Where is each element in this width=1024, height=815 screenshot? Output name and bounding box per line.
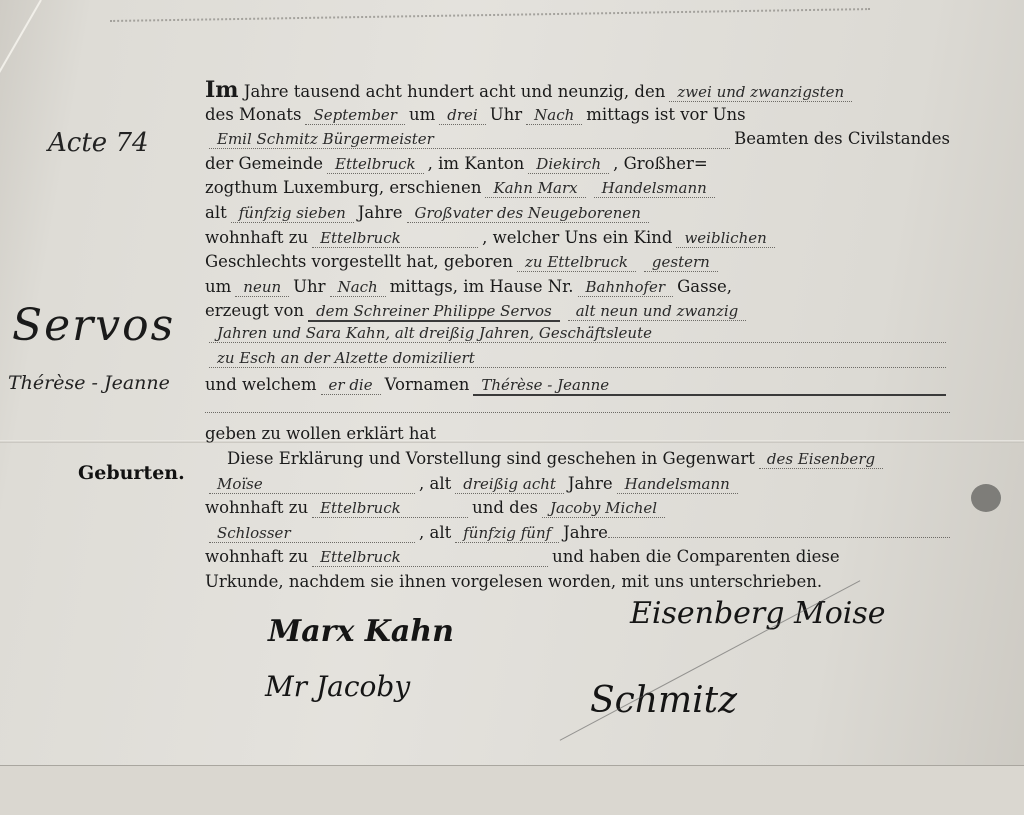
printed-text: Jahre	[568, 472, 613, 497]
section-label: Geburten.	[78, 462, 185, 484]
printed-text: Uhr	[490, 103, 522, 128]
printed-text: Jahre tausend acht hundert acht und neun…	[244, 80, 666, 105]
printed-text: mittags, im Hause Nr.	[390, 275, 574, 300]
handwritten-declarant: Kahn Marx	[485, 179, 585, 198]
handwritten-hour: drei	[439, 106, 485, 125]
document-page: Acte 74 Servos Thérèse - Jeanne Geburten…	[0, 0, 1024, 815]
handwritten-mother: Jahren und Sara Kahn, alt dreißig Jahren…	[209, 324, 946, 343]
handwritten-pronoun: er die	[321, 376, 381, 395]
handwritten-canton: Diekirch	[528, 155, 609, 174]
printed-text: und haben die Comparenten diese	[552, 545, 840, 570]
printed-text: Im	[205, 78, 239, 103]
punch-hole	[971, 484, 1001, 512]
record-line: Emil Schmitz Bürgermeister Beamten des C…	[205, 127, 950, 152]
printed-text: erzeugt von	[205, 299, 304, 324]
printed-text: und welchem	[205, 373, 317, 398]
printed-text: Jahre	[563, 521, 608, 546]
handwritten-witness-2-age: fünfzig fünf	[455, 524, 559, 543]
printed-text: wohnhaft zu	[205, 496, 308, 521]
signature-declarant: Marx Kahn	[268, 614, 454, 649]
record-line: Geschlechts vorgestellt hat, geboren zu …	[205, 250, 950, 275]
handwritten-father: dem Schreiner Philippe Servos	[308, 302, 560, 322]
handwritten-witness-1-occupation: Handelsmann	[617, 475, 738, 494]
record-body: Im Jahre tausend acht hundert acht und n…	[205, 78, 950, 594]
record-line: Im Jahre tausend acht hundert acht und n…	[205, 78, 950, 103]
printed-text: , Großher=	[613, 152, 708, 177]
printed-text: Vornamen	[385, 373, 470, 398]
handwritten-given-names: Thérèse - Jeanne	[473, 376, 946, 396]
record-line: wohnhaft zu Ettelbruck und haben die Com…	[205, 545, 950, 570]
record-line: alt fünfzig sieben Jahre Großvater des N…	[205, 201, 950, 226]
printed-text: Diese Erklärung und Vorstellung sind ges…	[227, 447, 755, 472]
record-line: um neun Uhr Nach mittags, im Hause Nr. B…	[205, 275, 950, 300]
blank-fill-line	[608, 523, 950, 538]
handwritten-sex: weiblichen	[676, 229, 774, 248]
printed-text: Beamten des Civilstandes	[734, 127, 950, 152]
record-line: und welchem er die Vornamen Thérèse - Je…	[205, 373, 950, 398]
printed-text: und des	[472, 496, 538, 521]
handwritten-witness-2-occupation: Schlosser	[209, 524, 415, 543]
top-page-edge	[110, 0, 870, 22]
handwritten-witness-1-residence: Ettelbruck	[312, 499, 468, 518]
record-line: Schlosser , alt fünfzig fünf Jahre	[205, 521, 950, 546]
handwritten-witness-1-name: Moïse	[209, 475, 415, 494]
handwritten-witness-1: des Eisenberg	[759, 450, 883, 469]
printed-text: alt	[205, 201, 227, 226]
left-paper-edge	[0, 0, 42, 104]
signature-witness-2: Mr Jacoby	[265, 670, 410, 703]
blank-fill-line	[205, 398, 950, 413]
handwritten-father-age: alt neun und zwanzig	[568, 302, 747, 321]
printed-text: Jahre	[358, 201, 403, 226]
printed-text: Gasse,	[677, 275, 732, 300]
printed-text: , im Kanton	[428, 152, 525, 177]
margin-surname: Servos	[12, 300, 175, 351]
printed-text: Geschlechts vorgestellt hat, geboren	[205, 250, 513, 275]
handwritten-street: Bahnhofer	[578, 278, 674, 297]
printed-text: zogthum Luxemburg, erschienen	[205, 176, 481, 201]
record-line-blank	[205, 398, 950, 423]
signature-witness-1: Eisenberg Moise	[630, 596, 886, 631]
handwritten-residence: Ettelbruck	[312, 229, 478, 248]
record-line: wohnhaft zu Ettelbruck und des Jacoby Mi…	[205, 496, 950, 521]
handwritten-birth-hour: neun	[235, 278, 289, 297]
handwritten-time-of-day: Nach	[526, 106, 582, 125]
printed-text: mittags ist vor Uns	[586, 103, 745, 128]
record-line: Diese Erklärung und Vorstellung sind ges…	[205, 447, 950, 472]
margin-act-number: Acte 74	[48, 128, 149, 158]
printed-text: um	[205, 275, 231, 300]
record-line: des Monats September um drei Uhr Nach mi…	[205, 103, 950, 128]
handwritten-age: fünfzig sieben	[231, 204, 354, 223]
record-line: zu Esch an der Alzette domiziliert	[205, 349, 950, 374]
printed-text: des Monats	[205, 103, 301, 128]
handwritten-witness-2: Jacoby Michel	[542, 499, 665, 518]
record-line: Jahren und Sara Kahn, alt dreißig Jahren…	[205, 324, 950, 349]
printed-text: wohnhaft zu	[205, 545, 308, 570]
handwritten-occupation: Handelsmann	[594, 179, 715, 198]
record-line: Moïse , alt dreißig acht Jahre Handelsma…	[205, 472, 950, 497]
handwritten-domicile: zu Esch an der Alzette domiziliert	[209, 349, 946, 368]
handwritten-day: zwei und zwanzigsten	[669, 83, 852, 102]
handwritten-official: Emil Schmitz Bürgermeister	[209, 130, 730, 149]
record-line: der Gemeinde Ettelbruck , im Kanton Diek…	[205, 152, 950, 177]
printed-text: Uhr	[293, 275, 325, 300]
printed-text: , alt	[419, 521, 451, 546]
handwritten-birthplace: zu Ettelbruck	[517, 253, 636, 272]
handwritten-birthday: gestern	[644, 253, 718, 272]
record-line: erzeugt von dem Schreiner Philippe Servo…	[205, 299, 950, 324]
handwritten-time-of-day: Nach	[330, 278, 386, 297]
handwritten-witness-1-age: dreißig acht	[455, 475, 564, 494]
printed-text: um	[409, 103, 435, 128]
handwritten-commune: Ettelbruck	[327, 155, 424, 174]
record-line: zogthum Luxemburg, erschienen Kahn Marx …	[205, 176, 950, 201]
printed-text: wohnhaft zu	[205, 226, 308, 251]
printed-text: geben zu wollen erklärt hat	[205, 422, 436, 447]
printed-text: der Gemeinde	[205, 152, 323, 177]
signature-official: Schmitz	[590, 680, 737, 721]
margin-given-names: Thérèse - Jeanne	[8, 372, 170, 394]
bottom-page-fold	[0, 765, 1024, 815]
record-line: wohnhaft zu Ettelbruck , welcher Uns ein…	[205, 226, 950, 251]
printed-text: Urkunde, nachdem sie ihnen vorgelesen wo…	[205, 570, 822, 595]
printed-text: , welcher Uns ein Kind	[482, 226, 672, 251]
handwritten-relation: Großvater des Neugeborenen	[407, 204, 649, 223]
printed-text: , alt	[419, 472, 451, 497]
handwritten-month: September	[305, 106, 405, 125]
record-line: geben zu wollen erklärt hat	[205, 422, 950, 447]
handwritten-witness-2-residence: Ettelbruck	[312, 548, 548, 567]
